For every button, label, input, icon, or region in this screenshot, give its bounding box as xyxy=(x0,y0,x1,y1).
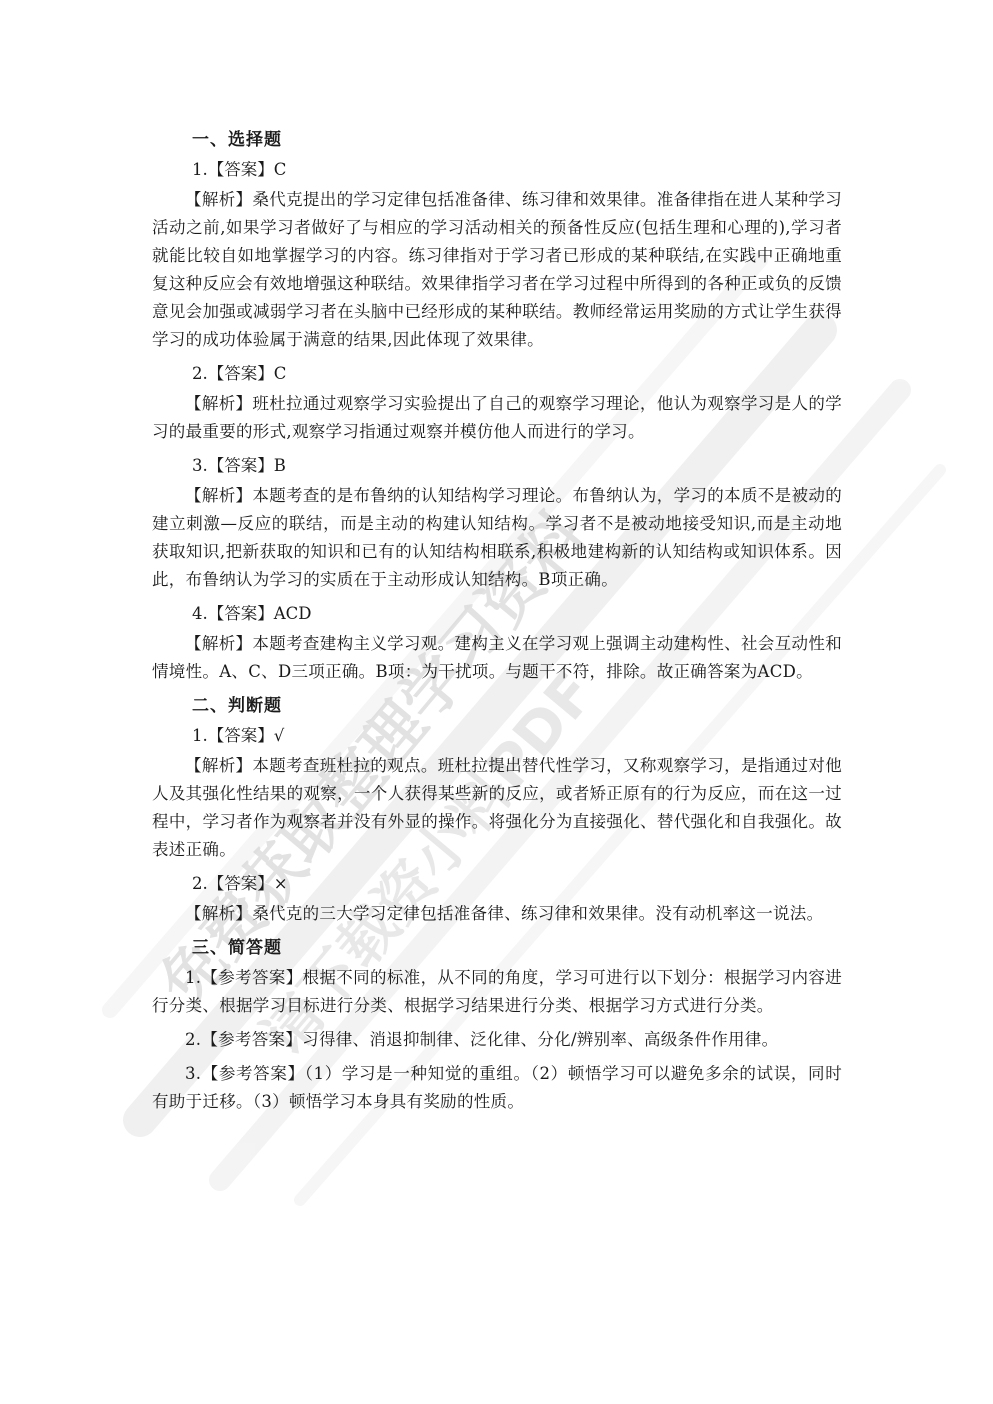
section-short-answer: 三、简答题 1.【参考答案】根据不同的标准，从不同的角度，学习可进行以下划分：根… xyxy=(152,934,842,1116)
answer-label: 1.【答案】C xyxy=(152,156,842,184)
answer-label: 2.【答案】C xyxy=(152,360,842,388)
answer-label: 2.【答案】× xyxy=(152,870,842,898)
document-page: 一、选择题 1.【答案】C 【解析】桑代克提出的学习定律包括准备律、练习律和效果… xyxy=(152,126,842,1122)
explanation-paragraph: 【解析】本题考查班杜拉的观点。班杜拉提出替代性学习，又称观察学习，是指通过对他人… xyxy=(152,752,842,864)
section-multiple-choice: 一、选择题 1.【答案】C 【解析】桑代克提出的学习定律包括准备律、练习律和效果… xyxy=(152,126,842,686)
section-title: 二、判断题 xyxy=(152,692,842,720)
explanation-paragraph: 【解析】班杜拉通过观察学习实验提出了自己的观察学习理论，他认为观察学习是人的学习… xyxy=(152,390,842,446)
section-title: 一、选择题 xyxy=(152,126,842,154)
reference-answer-paragraph: 2.【参考答案】习得律、消退抑制律、泛化律、分化/辨别率、高级条件作用律。 xyxy=(152,1026,842,1054)
answer-label: 4.【答案】ACD xyxy=(152,600,842,628)
explanation-paragraph: 【解析】桑代克提出的学习定律包括准备律、练习律和效果律。准备律指在进人某种学习活… xyxy=(152,186,842,354)
section-true-false: 二、判断题 1.【答案】√ 【解析】本题考查班杜拉的观点。班杜拉提出替代性学习，… xyxy=(152,692,842,928)
reference-answer-paragraph: 3.【参考答案】（1）学习是一种知觉的重组。（2）顿悟学习可以避免多余的试误，同… xyxy=(152,1060,842,1116)
explanation-paragraph: 【解析】桑代克的三大学习定律包括准备律、练习律和效果律。没有动机率这一说法。 xyxy=(152,900,842,928)
answer-label: 3.【答案】B xyxy=(152,452,842,480)
explanation-paragraph: 【解析】本题考查建构主义学习观。建构主义在学习观上强调主动建构性、社会互动性和情… xyxy=(152,630,842,686)
reference-answer-paragraph: 1.【参考答案】根据不同的标准，从不同的角度，学习可进行以下划分：根据学习内容进… xyxy=(152,964,842,1020)
section-title: 三、简答题 xyxy=(152,934,842,962)
answer-label: 1.【答案】√ xyxy=(152,722,842,750)
explanation-paragraph: 【解析】本题考查的是布鲁纳的认知结构学习理论。布鲁纳认为，学习的本质不是被动的建… xyxy=(152,482,842,594)
